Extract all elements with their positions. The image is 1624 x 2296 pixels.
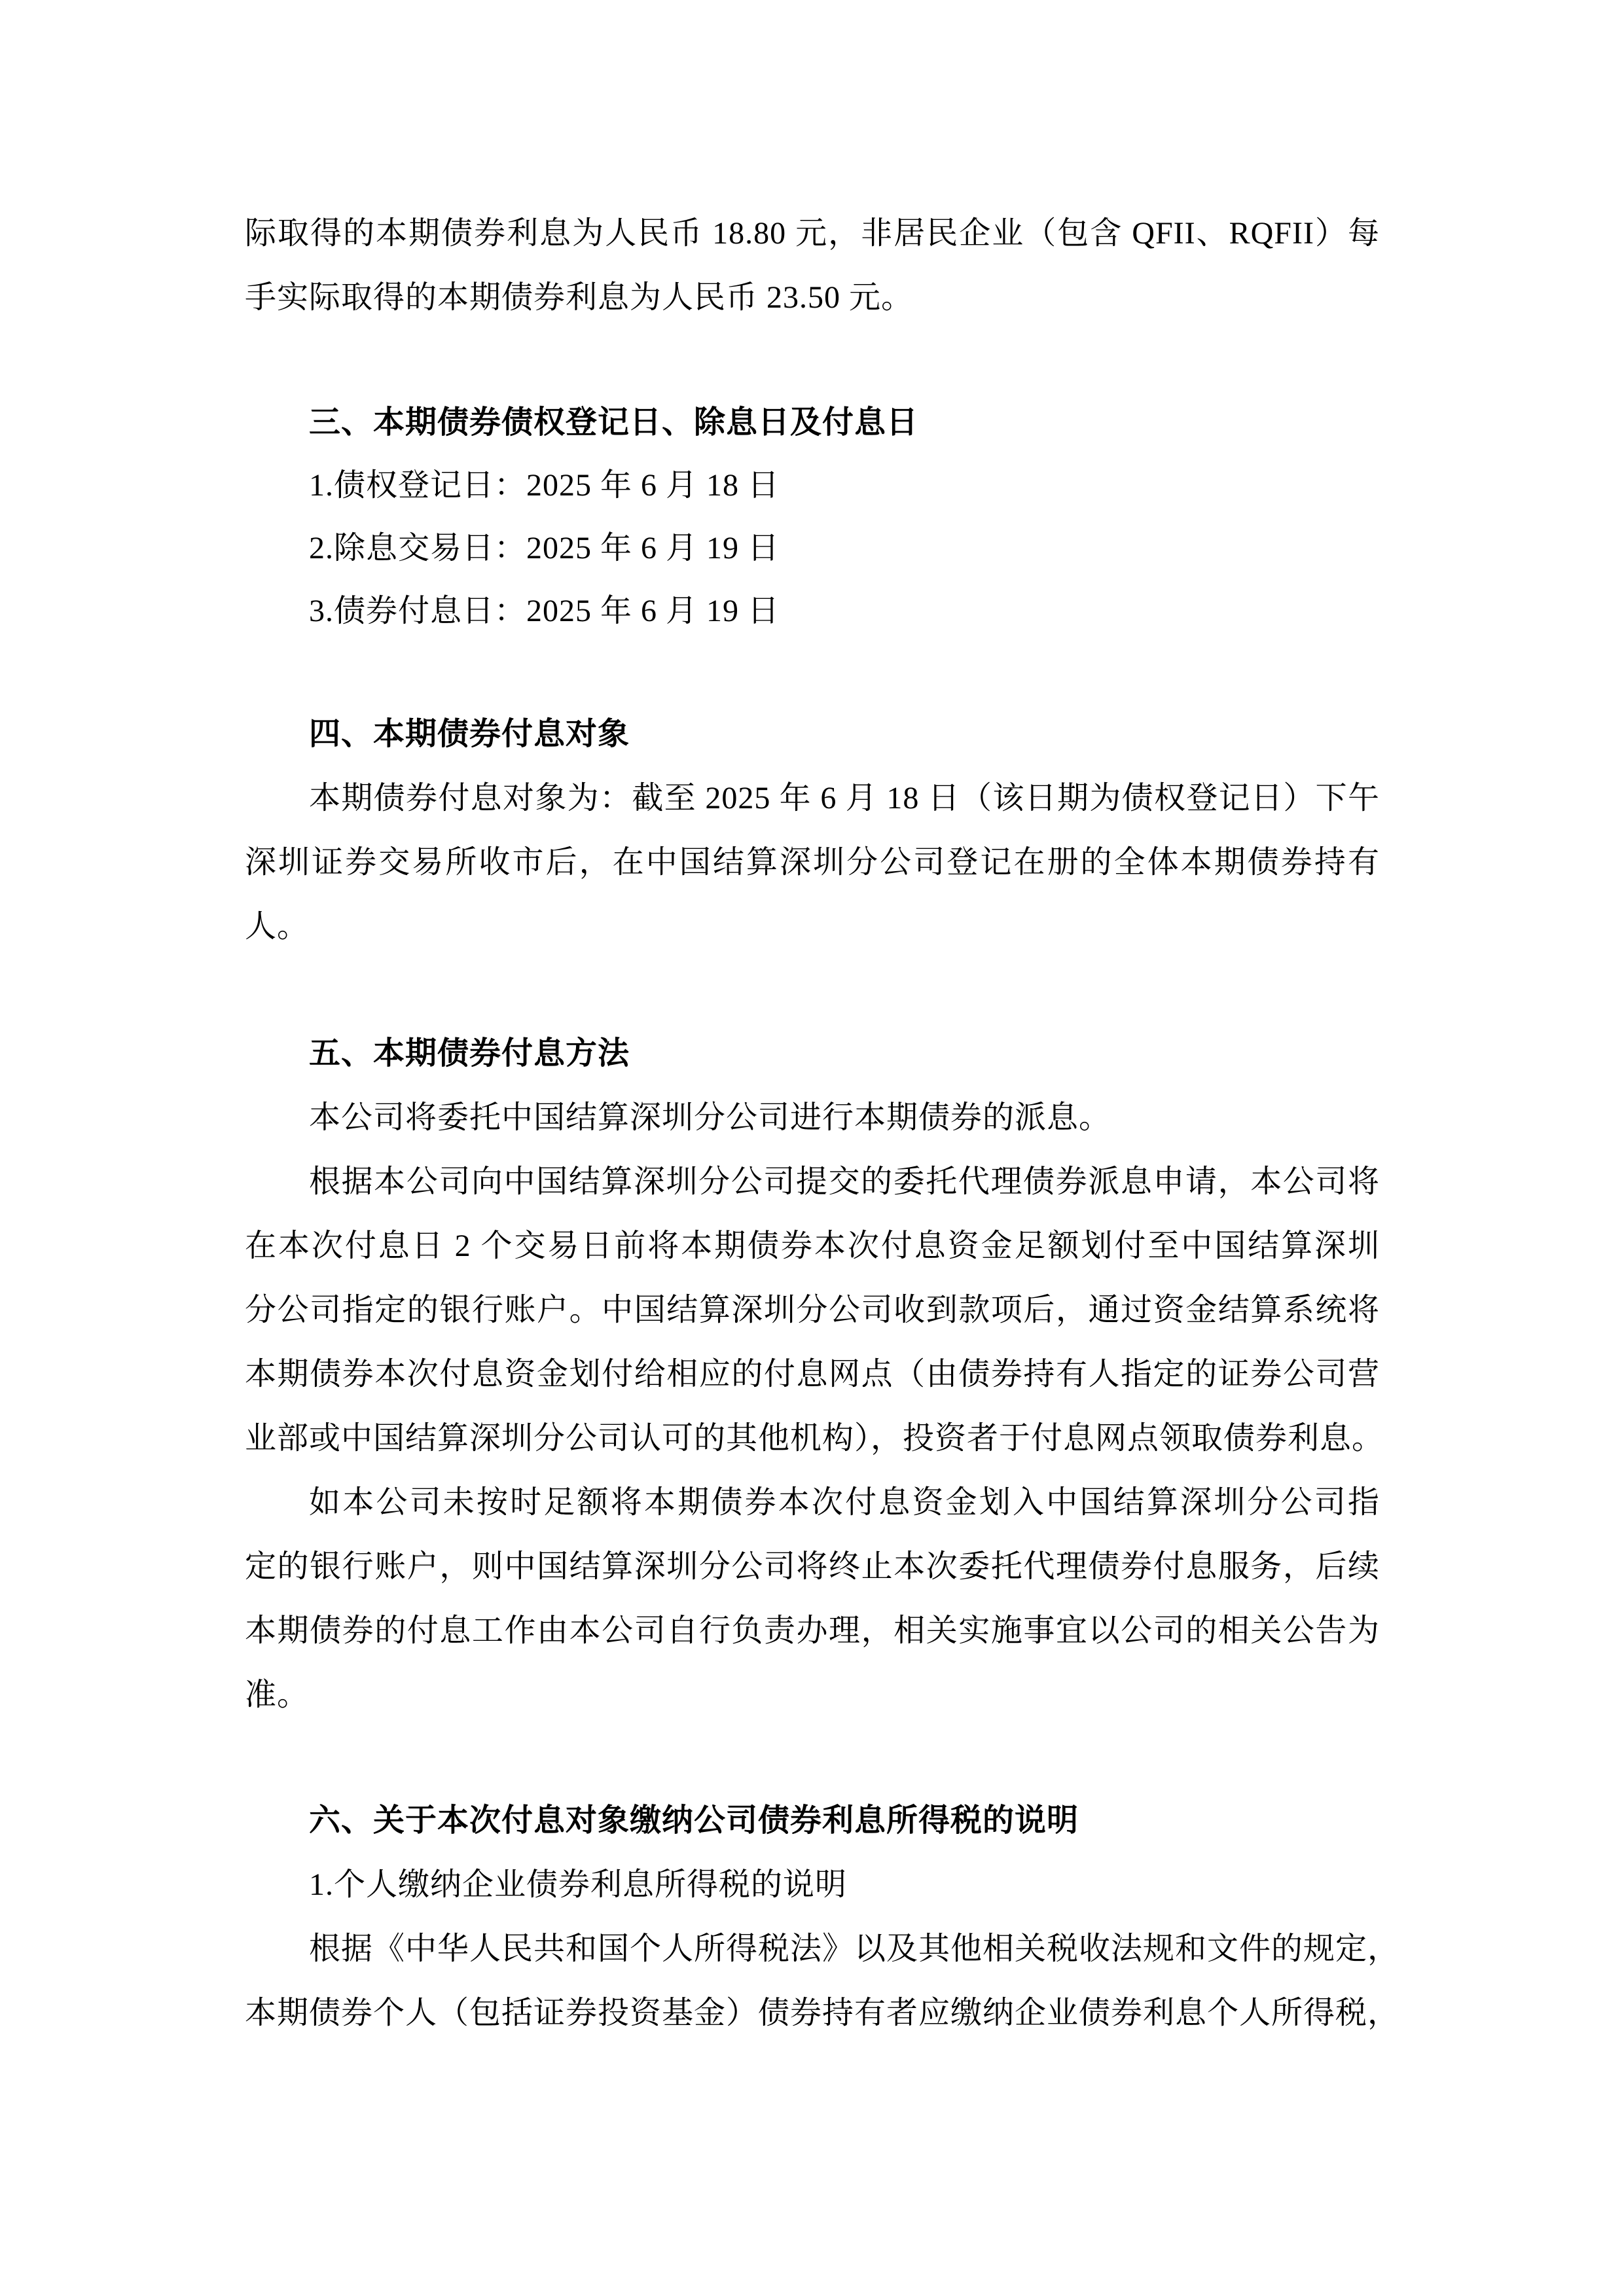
section5-p3-line-1: 如本公司未按时足额将本期债券本次付息资金划入中国结算深圳分公司指 (309, 1483, 1380, 1522)
section5-p3-line-4: 准。 (245, 1676, 309, 1715)
section4-line-2: 深圳证券交易所收市后，在中国结算深圳分公司登记在册的全体本期债券持有 (245, 843, 1380, 882)
section6-p1-line-2: 本期债券个人（包括证券投资基金）债券持有者应缴纳企业债券利息个人所得税， (245, 1994, 1380, 2033)
section5-p2-line-4: 本期债券本次付息资金划付给相应的付息网点（由债券持有人指定的证券公司营 (245, 1355, 1380, 1394)
section6-p1-line-1: 根据《中华人民共和国个人所得税法》以及其他相关税收法规和文件的规定， (309, 1929, 1380, 1969)
section5-p2-line-1: 根据本公司向中国结算深圳分公司提交的委托代理债券派息申请，本公司将 (309, 1162, 1380, 1202)
intro-line-1: 际取得的本期债券利息为人民币 18.80 元，非居民企业（包含 QFII、RQF… (245, 214, 1380, 253)
section3-item-record-date: 1.债权登记日：2025 年 6 月 18 日 (309, 466, 780, 505)
section4-line-1: 本期债券付息对象为：截至 2025 年 6 月 18 日（该日期为债权登记日）下… (309, 779, 1380, 818)
section3-item-ex-date: 2.除息交易日：2025 年 6 月 19 日 (309, 529, 780, 568)
section4-line-3: 人。 (245, 907, 309, 946)
section5-p3-line-3: 本期债券的付息工作由本公司自行负责办理，相关实施事宜以公司的相关公告为 (245, 1611, 1380, 1651)
section3-item-payment-date: 3.债券付息日：2025 年 6 月 19 日 (309, 592, 780, 631)
section5-paragraph-1: 本公司将委托中国结算深圳分公司进行本期债券的派息。 (309, 1098, 1111, 1138)
section5-p2-line-5: 业部或中国结算深圳分公司认可的其他机构），投资者于付息网点领取债券利息。 (245, 1419, 1380, 1458)
section3-heading: 三、本期债券债权登记日、除息日及付息日 (309, 403, 918, 442)
section5-p3-line-2: 定的银行账户，则中国结算深圳分公司将终止本次委托代理债券付息服务，后续 (245, 1547, 1380, 1587)
section5-heading: 五、本期债券付息方法 (309, 1034, 630, 1073)
section5-p2-line-3: 分公司指定的银行账户。中国结算深圳分公司收到款项后，通过资金结算系统将 (245, 1291, 1380, 1330)
section4-heading: 四、本期债券付息对象 (309, 715, 630, 754)
section6-subheading-1: 1.个人缴纳企业债券利息所得税的说明 (309, 1865, 847, 1905)
section5-p2-line-2: 在本次付息日 2 个交易日前将本期债券本次付息资金足额划付至中国结算深圳 (245, 1227, 1380, 1266)
section6-heading: 六、关于本次付息对象缴纳公司债券利息所得税的说明 (309, 1801, 1079, 1840)
intro-line-2: 手实际取得的本期债券利息为人民币 23.50 元。 (245, 278, 913, 317)
